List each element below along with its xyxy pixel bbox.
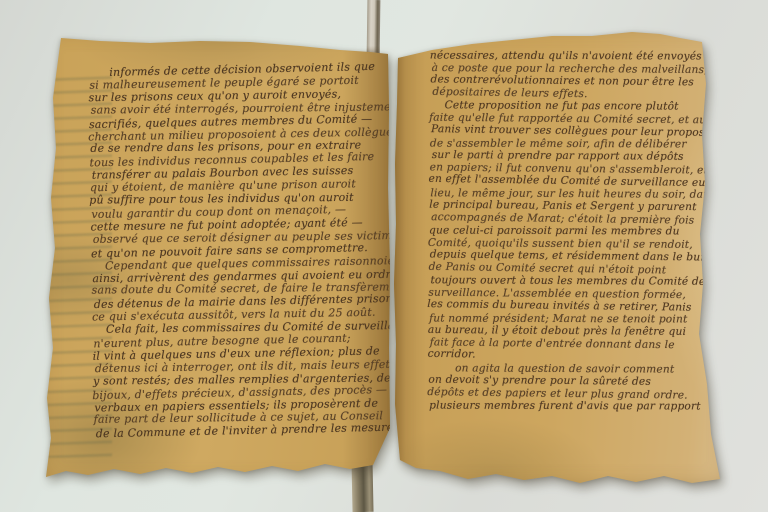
right-page-wrapper: nécessaires, attendu qu'ils n'avoient ét… — [392, 24, 730, 488]
manuscript-photo: informés de cette décision observoient i… — [0, 0, 768, 512]
manuscript-line: nécessaires, attendu qu'ils n'avoient ét… — [430, 50, 720, 64]
left-page: informés de cette décision observoient i… — [40, 28, 392, 484]
manuscript-line: plusieurs membres furent d'avis que par … — [429, 400, 716, 414]
left-page-text: informés de cette décision observoient i… — [87, 62, 391, 441]
right-page-text: nécessaires, attendu qu'ils n'avoient ét… — [426, 48, 720, 414]
manuscript-line: que celui-ci paroissoit parmi les membre… — [429, 225, 718, 239]
right-page: nécessaires, attendu qu'ils n'avoient ét… — [392, 24, 730, 488]
left-page-wrapper: informés de cette décision observoient i… — [40, 28, 392, 484]
